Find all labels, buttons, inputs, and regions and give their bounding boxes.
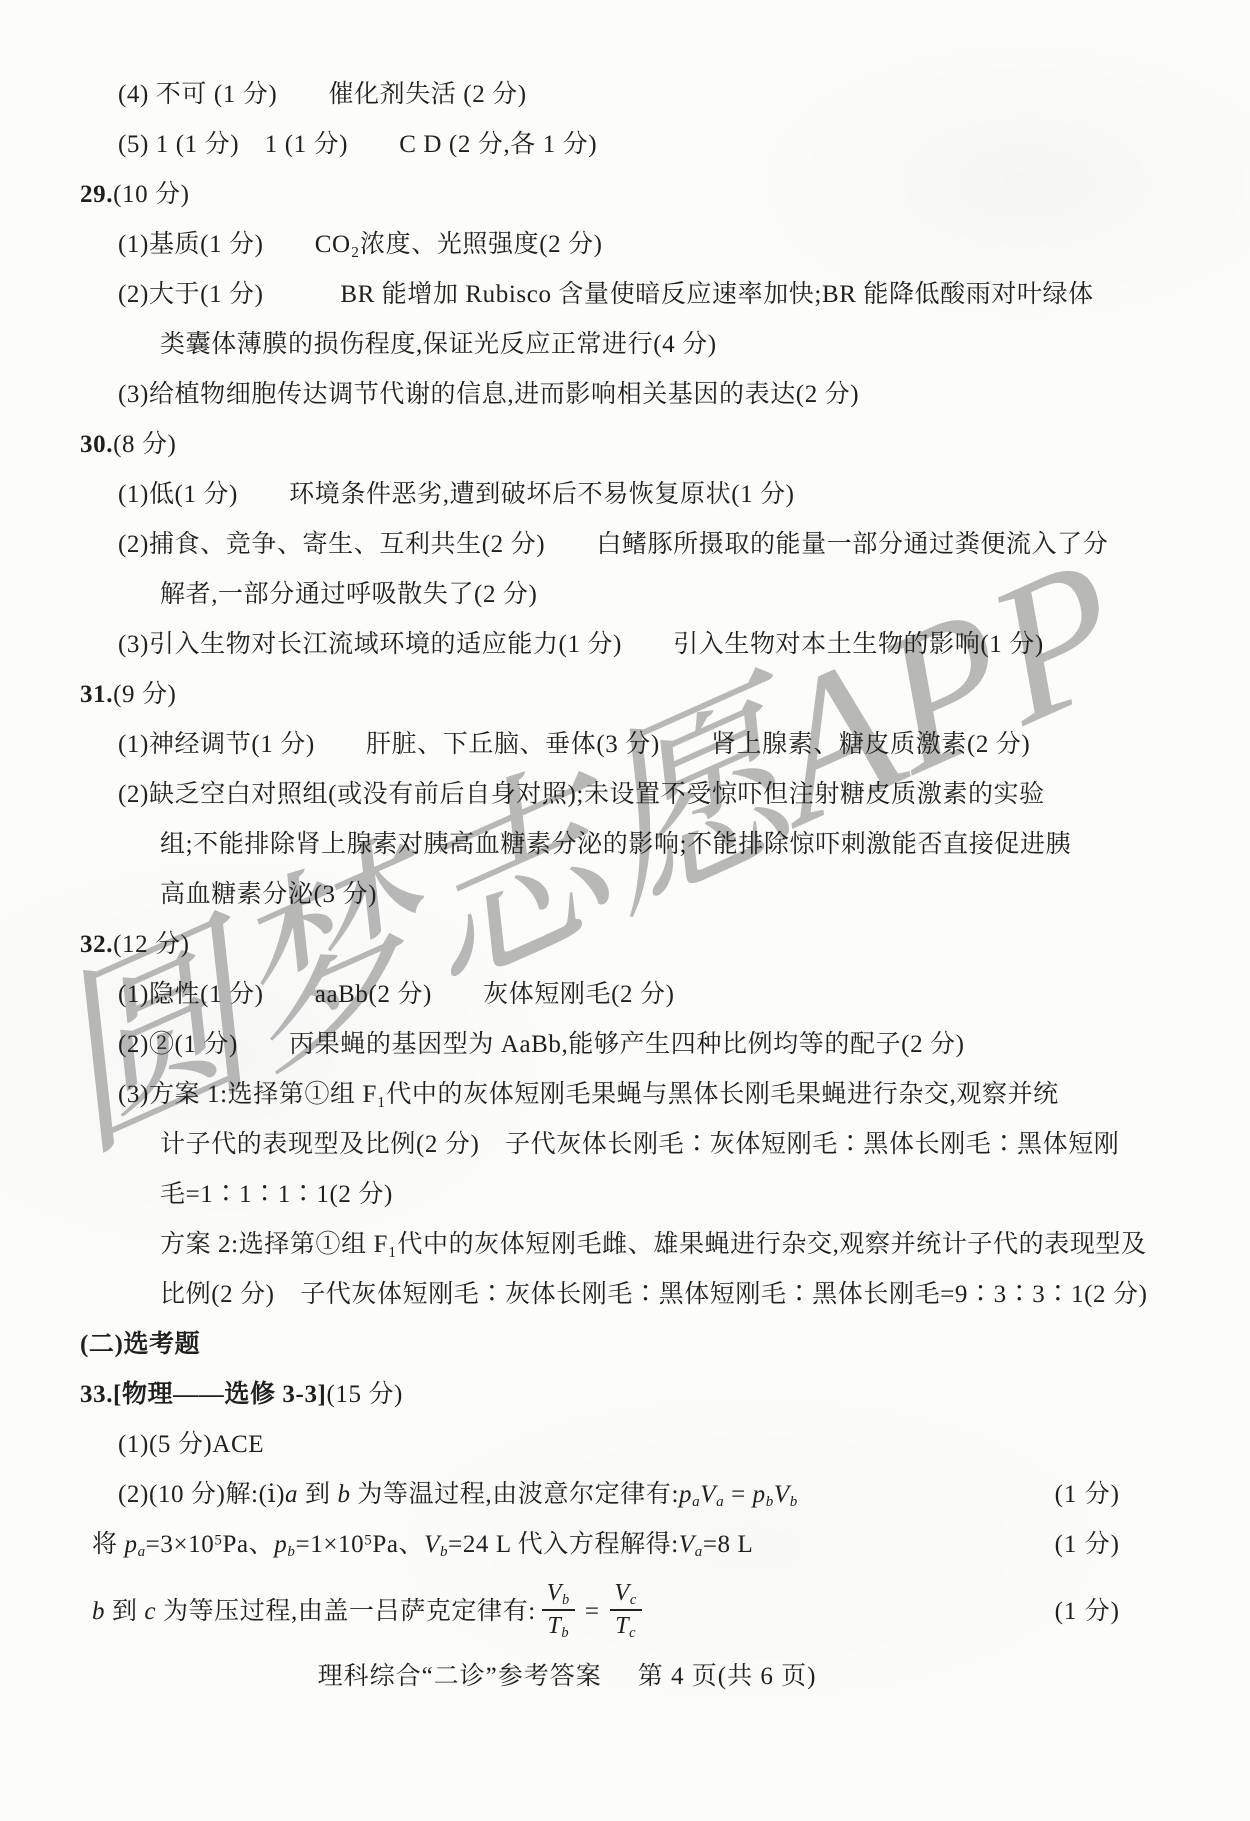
answer-text: (4) 不可 (1 分) 催化剂失活 (2 分): [118, 81, 527, 108]
answer-text: (12 分): [113, 931, 190, 958]
answer-text: (1)神经调节(1 分) 肝脏、下丘脑、垂体(3 分) 肾上腺素、糖皮质激素(2…: [118, 731, 1030, 758]
answer-text: (1)(5 分)ACE: [118, 1431, 264, 1458]
answer-text: Vc: [615, 1580, 637, 1606]
answer-text: (3)引入生物对长江流域环境的适应能力(1 分) 引入生物对本土生物的影响(1 …: [118, 631, 1044, 658]
answer-text: (3)给植物细胞传达调节代谢的信息,进而影响相关基因的表达(2 分): [118, 381, 859, 408]
q33-solution-line3: b 到 c 为等压过程,由盖一吕萨克定律有:VbTb=VcTc(1 分): [0, 1570, 1250, 1654]
question-number: 32.: [80, 931, 113, 958]
question-number: 29.: [80, 181, 113, 208]
q32-item3-cont1: 计子代的表现型及比例(2 分) 子代灰体长刚毛∶灰体短刚毛∶黑体长刚毛∶黑体短刚: [0, 1120, 1250, 1170]
q31-item2: (2)缺乏空白对照组(或没有前后自身对照);未设置不受惊吓但注射糖皮质激素的实验: [0, 770, 1250, 820]
answer-text: (5) 1 (1 分) 1 (1 分) C D (2 分,各 1 分): [118, 131, 597, 158]
answer-text: 组;不能排除肾上腺素对胰高血糖素分泌的影响;不能排除惊吓刺激能否直接促进胰: [160, 831, 1071, 858]
score-label: (1 分): [1055, 1570, 1120, 1654]
q29-item2: (2)大于(1 分) BR 能增加 Rubisco 含量使暗反应速率加快;BR …: [0, 270, 1250, 320]
q31-item2-cont2: 高血糖素分泌(3 分): [0, 870, 1250, 920]
question-number: 30.: [80, 431, 113, 458]
answer-text: (2)(10 分)解:(ⅰ)a 到 b 为等温过程,由波意尔定律有:paVa =…: [118, 1481, 798, 1508]
q32-header: 32.(12 分): [0, 920, 1250, 970]
score-label: (1 分): [1055, 1520, 1120, 1570]
answer-text: (9 分): [113, 681, 176, 708]
equals-sign: =: [585, 1598, 600, 1625]
q33-item2-line1: (2)(10 分)解:(ⅰ)a 到 b 为等温过程,由波意尔定律有:paVa =…: [0, 1470, 1250, 1520]
q29-item1: (1)基质(1 分) CO₂浓度、光照强度(2 分): [0, 220, 1250, 270]
answer-text: (2)缺乏空白对照组(或没有前后自身对照);未设置不受惊吓但注射糖皮质激素的实验: [118, 781, 1045, 808]
q32-item3-plan2-cont: 比例(2 分) 子代灰体短刚毛∶灰体长刚毛∶黑体短刚毛∶黑体长刚毛=9∶3∶3∶…: [0, 1270, 1250, 1320]
q30-item2-cont: 解者,一部分通过呼吸散失了(2 分): [0, 570, 1250, 620]
answer-text: (1)基质(1 分) CO₂浓度、光照强度(2 分): [118, 231, 603, 258]
answer-text: (10 分): [113, 181, 190, 208]
q31-header: 31.(9 分): [0, 670, 1250, 720]
answer-text: 计子代的表现型及比例(2 分) 子代灰体长刚毛∶灰体短刚毛∶黑体长刚毛∶黑体短刚: [160, 1131, 1119, 1158]
q32-item3-cont2: 毛=1∶1∶1∶1(2 分): [0, 1170, 1250, 1220]
answer-text: Tc: [615, 1613, 636, 1639]
answer-text: (3)方案 1:选择第①组 F₁代中的灰体短刚毛果蝇与黑体长刚毛果蝇进行杂交,观…: [118, 1081, 1059, 1108]
answer-text: (15 分): [326, 1381, 403, 1408]
q30-header: 30.(8 分): [0, 420, 1250, 470]
answer-text: Vb: [547, 1580, 570, 1606]
q32-item1: (1)隐性(1 分) aaBb(2 分) 灰体短刚毛(2 分): [0, 970, 1250, 1020]
answer-text: 毛=1∶1∶1∶1(2 分): [160, 1181, 393, 1208]
q29-item2-cont: 类囊体薄膜的损伤程度,保证光反应正常进行(4 分): [0, 320, 1250, 370]
q28-item5: (5) 1 (1 分) 1 (1 分) C D (2 分,各 1 分): [0, 120, 1250, 170]
answer-text: b 到 c 为等压过程,由盖一吕萨克定律有:: [92, 1598, 536, 1625]
answer-text: (8 分): [113, 431, 176, 458]
q30-item3: (3)引入生物对长江流域环境的适应能力(1 分) 引入生物对本土生物的影响(1 …: [0, 620, 1250, 670]
answer-text: (2)捕食、竞争、寄生、互利共生(2 分) 白鳍豚所摄取的能量一部分通过粪便流入…: [118, 531, 1108, 558]
page-footer: 理科综合“二诊”参考答案第 4 页(共 6 页): [0, 1657, 1192, 1697]
answer-text: 比例(2 分) 子代灰体短刚毛∶灰体长刚毛∶黑体短刚毛∶黑体长刚毛=9∶3∶3∶…: [160, 1281, 1148, 1308]
question-number: (二)选考题: [80, 1331, 200, 1358]
q30-item2: (2)捕食、竞争、寄生、互利共生(2 分) 白鳍豚所摄取的能量一部分通过粪便流入…: [0, 520, 1250, 570]
score-label: (1 分): [1055, 1470, 1120, 1520]
answer-text: 将 pa=3×105Pa、pb=1×105Pa、Vb=24 L 代入方程解得:V…: [92, 1531, 753, 1558]
answers-content: (4) 不可 (1 分) 催化剂失活 (2 分)(5) 1 (1 分) 1 (1…: [0, 0, 1250, 1654]
q30-item1: (1)低(1 分) 环境条件恶劣,遭到破坏后不易恢复原状(1 分): [0, 470, 1250, 520]
section2-header: (二)选考题: [0, 1320, 1250, 1370]
question-number: 33.[物理——选修 3-3]: [80, 1381, 326, 1408]
fraction: VbTb: [542, 1580, 575, 1640]
answer-text: 解者,一部分通过呼吸散失了(2 分): [160, 581, 537, 608]
footer-doc-title: 理科综合“二诊”参考答案: [318, 1663, 602, 1690]
q32-item3-plan2: 方案 2:选择第①组 F₁代中的灰体短刚毛雌、雄果蝇进行杂交,观察并统计子代的表…: [0, 1220, 1250, 1270]
answer-text: 高血糖素分泌(3 分): [160, 881, 377, 908]
answer-text: (2)②(1 分) 丙果蝇的基因型为 AaBb,能够产生四种比例均等的配子(2 …: [118, 1031, 965, 1058]
q33-item1: (1)(5 分)ACE: [0, 1420, 1250, 1470]
scanned-answer-page: 圆梦志愿APP (4) 不可 (1 分) 催化剂失活 (2 分)(5) 1 (1…: [0, 0, 1250, 1821]
answer-text: (1)隐性(1 分) aaBb(2 分) 灰体短刚毛(2 分): [118, 981, 675, 1008]
q32-item3: (3)方案 1:选择第①组 F₁代中的灰体短刚毛果蝇与黑体长刚毛果蝇进行杂交,观…: [0, 1070, 1250, 1120]
fraction: VcTc: [610, 1580, 642, 1640]
q28-item4: (4) 不可 (1 分) 催化剂失活 (2 分): [0, 70, 1250, 120]
q33-header: 33.[物理——选修 3-3](15 分): [0, 1370, 1250, 1420]
q33-solution-line2: 将 pa=3×105Pa、pb=1×105Pa、Vb=24 L 代入方程解得:V…: [0, 1520, 1250, 1570]
footer-page-number: 第 4 页(共 6 页): [638, 1663, 817, 1690]
answer-text: Tb: [547, 1613, 569, 1639]
q29-header: 29.(10 分): [0, 170, 1250, 220]
q29-item3: (3)给植物细胞传达调节代谢的信息,进而影响相关基因的表达(2 分): [0, 370, 1250, 420]
q31-item2-cont1: 组;不能排除肾上腺素对胰高血糖素分泌的影响;不能排除惊吓刺激能否直接促进胰: [0, 820, 1250, 870]
question-number: 31.: [80, 681, 113, 708]
answer-text: (2)大于(1 分) BR 能增加 Rubisco 含量使暗反应速率加快;BR …: [118, 281, 1094, 308]
answer-text: 类囊体薄膜的损伤程度,保证光反应正常进行(4 分): [160, 331, 717, 358]
answer-text: 方案 2:选择第①组 F₁代中的灰体短刚毛雌、雄果蝇进行杂交,观察并统计子代的表…: [160, 1231, 1147, 1258]
q31-item1: (1)神经调节(1 分) 肝脏、下丘脑、垂体(3 分) 肾上腺素、糖皮质激素(2…: [0, 720, 1250, 770]
q32-item2: (2)②(1 分) 丙果蝇的基因型为 AaBb,能够产生四种比例均等的配子(2 …: [0, 1020, 1250, 1070]
answer-text: (1)低(1 分) 环境条件恶劣,遭到破坏后不易恢复原状(1 分): [118, 481, 795, 508]
